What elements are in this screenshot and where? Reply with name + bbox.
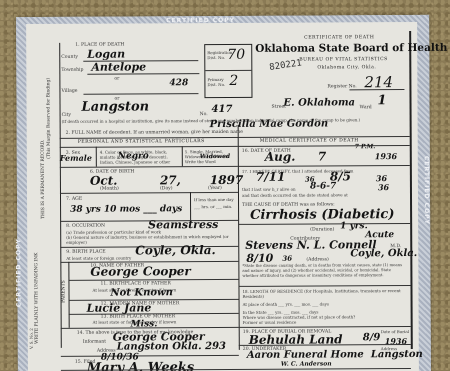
city-value: Langston: [81, 99, 149, 114]
primary-value: 2: [229, 73, 238, 89]
signed-year: 36: [282, 254, 292, 263]
undertaker-address: Langston: [371, 349, 423, 360]
last-saw-label: that I last saw h_r alive on: [242, 187, 296, 192]
parents-tab: PARENTS: [61, 280, 66, 303]
security-text-left: CERTIFIED COPY: [15, 238, 22, 307]
no-label: No.: [200, 112, 208, 117]
full-name-label: 2. FULL NAME of decedent. If an unmarrie…: [66, 130, 243, 136]
registration-box: Registration Dist. No. 70 Primary Dist. …: [204, 44, 252, 98]
cert-type: CERTIFICATE OF DEATH: [304, 35, 374, 40]
father-birthplace-label: 11. BIRTHPLACE OF FATHER: [100, 281, 170, 286]
death-occurred-label: and that death occurred on the date stat…: [242, 192, 348, 198]
or-label: or: [114, 77, 119, 82]
father-name-value: George Cooper: [90, 264, 190, 279]
time-of-death: 7 P.M.: [355, 143, 376, 150]
age-label: 7. AGE: [66, 197, 82, 202]
informant-label: Informant: [83, 340, 106, 345]
duration-label: (Duration): [310, 227, 334, 232]
city-header: Oklahoma City, Okla.: [317, 65, 376, 70]
form-body: 1. PLACE OF DEATH County Logan Township …: [59, 29, 421, 351]
registration-value: 70: [227, 47, 245, 63]
last-saw-value: 8-6-7: [310, 181, 336, 191]
primary-label: Primary Dist. No.: [207, 77, 225, 87]
township-label: Township: [61, 68, 83, 73]
death-month: Aug.: [265, 150, 296, 164]
place-of-death-residence: At place of death ___ yrs. ___ mos. ___ …: [243, 301, 329, 306]
township-value: Antelope: [91, 60, 146, 73]
security-text-right: CERTIFIED COPY: [423, 156, 430, 225]
burial-date-label: Date of Burial: [381, 329, 409, 334]
bureau-label: BUREAU OF VITAL STATISTICS: [299, 57, 388, 62]
birth-day: 27,: [160, 173, 181, 187]
age-less-label: If less than one day ___ hrs. or ___ min…: [194, 196, 236, 210]
village-value: 428: [169, 78, 188, 88]
former-residence-label: Former or usual residence: [243, 320, 297, 325]
certificate-sheet: (This Margin Reserved for Binding) THIS …: [26, 22, 419, 371]
margin-form-no: V. S. No. 2: [29, 328, 35, 349]
address-value: Langston Okla. 293: [117, 341, 226, 353]
street-value: E. Oklahoma: [283, 97, 355, 108]
registration-label: Registration Dist. No.: [207, 50, 225, 60]
county-label: County: [61, 55, 78, 60]
death-day: 7: [318, 149, 326, 163]
full-name-value: Priscilla Mae Gordon: [210, 118, 329, 130]
no-value: 417: [212, 104, 233, 115]
occupation-label: 8. OCCUPATION: [66, 224, 105, 229]
county-value: Logan: [87, 48, 125, 61]
undertaker-value: Aaron Funeral Home: [247, 349, 364, 361]
birthplace-value: Coyle, Okla.: [135, 243, 215, 257]
last-saw-year: 36: [378, 182, 389, 192]
signed-address-value: Coyle, Okla.: [350, 248, 417, 259]
sex-value: Female: [60, 153, 92, 163]
margin-reserved: (This Margin Reserved for Binding): [46, 78, 52, 159]
death-year: 1936: [375, 151, 397, 161]
ward-value: 1: [377, 93, 386, 108]
birth-month: Oct.: [90, 174, 118, 188]
death-certificate: CERTIFIED COPY CERTIFIED COPY CERTIFIED …: [16, 15, 431, 371]
attended-from: 7/11: [256, 170, 286, 184]
ward-label: Ward: [360, 105, 372, 110]
day-label: (Day): [160, 186, 173, 191]
village-label: Village: [61, 89, 77, 94]
duration-value: 1 yrs.: [340, 221, 368, 231]
city-label: City: [62, 113, 71, 118]
month-label: (Month): [100, 187, 119, 192]
margin-write-plainly: WRITE PLAINLY WITH UNFADING INK: [34, 252, 40, 344]
residence-label: 18. LENGTH OF RESIDENCE (for Hospitals, …: [242, 288, 407, 299]
personal-section-label: PERSONAL AND STATISTICAL PARTICULARS: [78, 139, 205, 145]
birthplace-sub: At least state or foreign country: [66, 255, 131, 260]
birthplace-label: 9. BIRTH PLACE: [66, 250, 105, 255]
father-birthplace-value: Not Known: [110, 287, 172, 298]
medical-section-label: MEDICAL CERTIFICATE OF DEATH: [260, 138, 359, 144]
burial-date: 8/9: [363, 332, 381, 343]
stamp-number: 820221: [269, 58, 303, 73]
state-disease-note: *State the disease causing death, or in …: [242, 263, 407, 278]
cause-value: Cirrhosis (Diabetic): [250, 207, 394, 223]
marital-value: Widowed: [200, 153, 230, 160]
age-value: 38 yrs 10 mos ___ days: [70, 204, 182, 215]
margin-permanent: THIS IS A PERMANENT RECORD.: [41, 140, 47, 219]
undertaker-sub: W. C. Anderson: [281, 360, 332, 367]
race-value: Negro: [118, 151, 149, 161]
birth-year: 1897: [210, 173, 243, 187]
board-title: Oklahoma State Board of Health: [255, 42, 447, 55]
year-label: (Year): [208, 186, 222, 191]
